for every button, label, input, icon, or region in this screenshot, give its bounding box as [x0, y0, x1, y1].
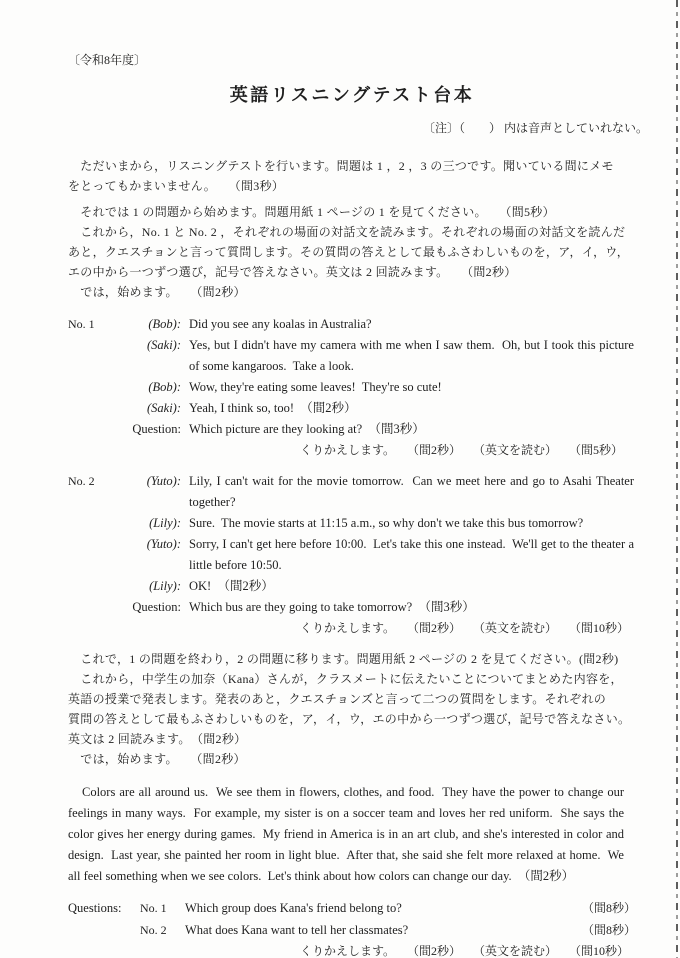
- instruction-line: では，始めます。 （間2秒）: [68, 282, 636, 302]
- dialogue-number-spacer: [68, 398, 123, 419]
- instruction-line: これから，No. 1 と No. 2 ，それぞれの場面の対話文を読みます。それぞ…: [68, 222, 636, 242]
- instruction-line: 英文は 2 回読みます。 （間2秒）: [68, 729, 636, 749]
- questions-block: Questions: No. 1 Which group does Kana's…: [68, 897, 636, 958]
- dialogue-number-spacer: [68, 534, 123, 576]
- intro-line: をとってもかまいません。 （間3秒）: [68, 176, 636, 196]
- instruction-line: これから，中学生の加奈（Kana）さんが，クラスメートに伝えたいことについてまと…: [68, 669, 636, 689]
- pause-time: （間8秒）: [582, 919, 636, 941]
- question-label: Question:: [123, 419, 189, 440]
- dialogue-row: (Lily): OK! （間2秒）: [68, 576, 636, 597]
- intro-paragraph: ただいまから，リスニングテストを行います。問題は 1 ，2 ，3 の三つです。聞…: [68, 156, 636, 196]
- speaker-label: (Bob):: [123, 314, 189, 335]
- section2-instructions: これで，1 の問題を終わり，2 の問題に移ります。問題用紙 2 ページの 2 を…: [68, 649, 636, 769]
- speaker-label: (Saki):: [123, 335, 189, 377]
- dialogue-text: Did you see any koalas in Australia?: [189, 314, 636, 335]
- question-label: Question:: [123, 597, 189, 618]
- test-script-page: 〔令和8年度〕 英語リスニングテスト台本 〔注〕（ ） 内は音声としていれない。…: [0, 0, 680, 958]
- instruction-line: 英語の授業で発表します。発表のあと，クエスチョンズと言って二つの質問をします。そ…: [68, 689, 636, 709]
- dialogue-number-spacer: [68, 377, 123, 398]
- dialogue-row: Question: Which picture are they looking…: [68, 419, 636, 440]
- instruction-line: 質問の答えとして最もふさわしいものを，ア，イ，ウ，エの中から一つずつ選び，記号で…: [68, 709, 636, 729]
- question-number: No. 2: [140, 919, 185, 941]
- dialogue-text: Yeah, I think so, too! （間2秒）: [189, 398, 636, 419]
- dialogue-number-spacer: [68, 335, 123, 377]
- speech-passage: Colors are all around us. We see them in…: [68, 782, 636, 887]
- instruction-line: エの中から一つずつ選び，記号で答えなさい。英文は 2 回読みます。 （間2秒）: [68, 262, 636, 282]
- dialogue-row: (Saki): Yeah, I think so, too! （間2秒）: [68, 398, 636, 419]
- question-text: What does Kana want to tell her classmat…: [185, 919, 408, 941]
- pause-time: （間8秒）: [582, 897, 636, 919]
- question-row: No. 2 What does Kana want to tell her cl…: [68, 919, 636, 941]
- speaker-label: (Yuto):: [123, 534, 189, 576]
- questions-label-spacer: [68, 919, 140, 941]
- dialogue-row: Question: Which bus are they going to ta…: [68, 597, 636, 618]
- question-number: No. 1: [140, 897, 185, 919]
- dialogue-row: (Saki): Yes, but I didn't have my camera…: [68, 335, 636, 377]
- dialogue-text: Lily, I can't wait for the movie tomorro…: [189, 471, 636, 513]
- dialogue-number-spacer: [68, 576, 123, 597]
- dialogue-no2: No. 2 (Yuto): Lily, I can't wait for the…: [68, 471, 636, 639]
- dialogue-row: (Bob): Wow, they're eating some leaves! …: [68, 377, 636, 398]
- question-text: Which picture are they looking at? （間3秒）: [189, 419, 636, 440]
- dialogue-number: No. 2: [68, 471, 123, 513]
- dialogue-number-spacer: [68, 513, 123, 534]
- question-text: Which bus are they going to take tomorro…: [189, 597, 636, 618]
- dialogue-row: No. 1 (Bob): Did you see any koalas in A…: [68, 314, 636, 335]
- dialogue-number: No. 1: [68, 314, 123, 335]
- dialogue-text: Sorry, I can't get here before 10:00. Le…: [189, 534, 636, 576]
- questions-label: Questions:: [68, 897, 140, 919]
- question-row: Questions: No. 1 Which group does Kana's…: [68, 897, 636, 919]
- question-text: Which group does Kana's friend belong to…: [185, 897, 402, 919]
- instruction-line: では，始めます。 （間2秒）: [68, 749, 636, 769]
- intro-line: ただいまから，リスニングテストを行います。問題は 1 ，2 ，3 の三つです。聞…: [68, 156, 636, 176]
- dialogue-row: (Yuto): Sorry, I can't get here before 1…: [68, 534, 636, 576]
- instruction-line: あと，クエスチョンと言って質問します。その質問の答えとして最もふさわしいものを，…: [68, 242, 636, 262]
- speaker-label: (Lily):: [123, 576, 189, 597]
- page-title: 英語リスニングテスト台本: [68, 82, 636, 108]
- dialogue-text: OK! （間2秒）: [189, 576, 636, 597]
- speaker-label: (Saki):: [123, 398, 189, 419]
- speaker-label: (Bob):: [123, 377, 189, 398]
- dialogue-no1: No. 1 (Bob): Did you see any koalas in A…: [68, 314, 636, 461]
- speaker-label: (Lily):: [123, 513, 189, 534]
- repeat-line: くりかえします。 （間2秒） （英文を読む） （間10秒）: [300, 618, 636, 639]
- dialogue-text: Sure. The movie starts at 11:15 a.m., so…: [189, 513, 636, 534]
- dialogue-text: Yes, but I didn't have my camera with me…: [189, 335, 636, 377]
- year-label: 〔令和8年度〕: [68, 50, 636, 70]
- scan-edge-artifact: [676, 0, 678, 958]
- instruction-line: これで，1 の問題を終わり，2 の問題に移ります。問題用紙 2 ページの 2 を…: [68, 649, 636, 669]
- audio-note: 〔注〕（ ） 内は音声としていれない。: [68, 118, 648, 138]
- dialogue-row: No. 2 (Yuto): Lily, I can't wait for the…: [68, 471, 636, 513]
- section1-instructions: それでは 1 の問題から始めます。問題用紙 1 ページの 1 を見てください。 …: [68, 202, 636, 302]
- dialogue-number-spacer: [68, 419, 123, 440]
- repeat-line: くりかえします。 （間2秒） （英文を読む） （間5秒）: [300, 440, 636, 461]
- dialogue-row: (Lily): Sure. The movie starts at 11:15 …: [68, 513, 636, 534]
- dialogue-text: Wow, they're eating some leaves! They're…: [189, 377, 636, 398]
- speaker-label: (Yuto):: [123, 471, 189, 513]
- dialogue-number-spacer: [68, 597, 123, 618]
- repeat-line: くりかえします。 （間2秒） （英文を読む） （間10秒）: [300, 941, 636, 958]
- instruction-line: それでは 1 の問題から始めます。問題用紙 1 ページの 1 を見てください。 …: [68, 202, 636, 222]
